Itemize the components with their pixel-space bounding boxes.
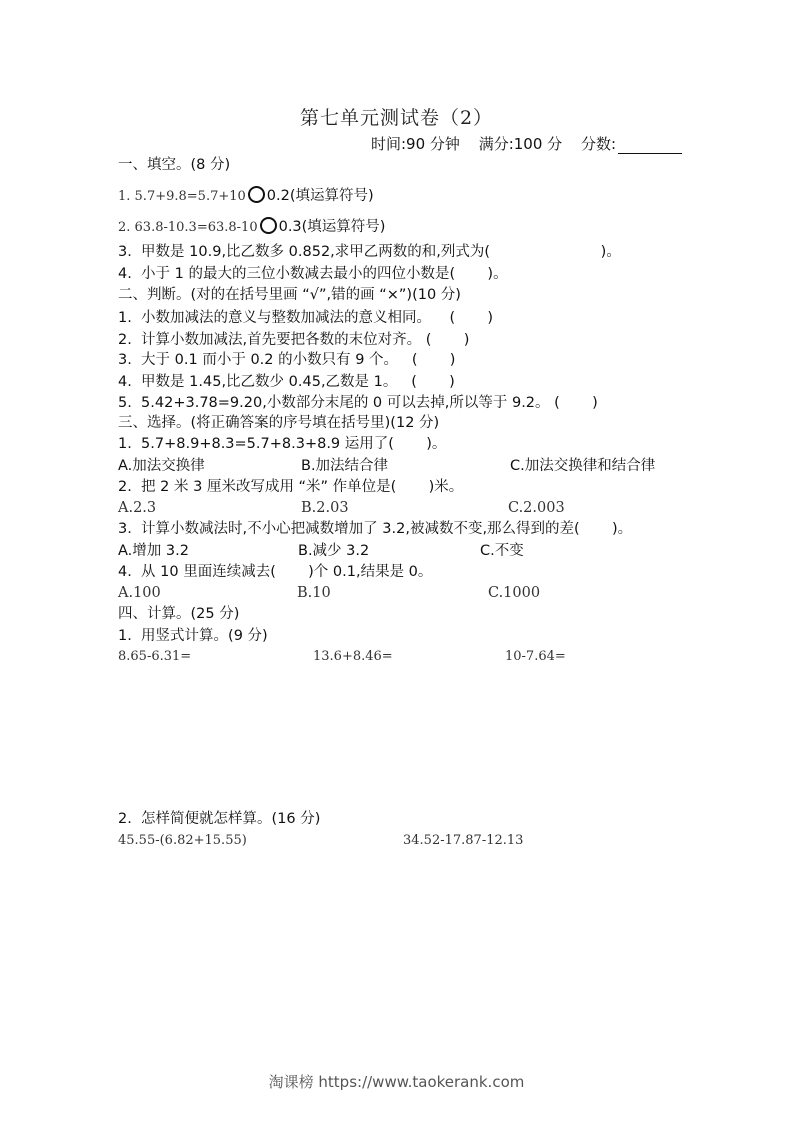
page-title: 第七单元测试卷（2） (0, 103, 793, 130)
choice-2-option-a[interactable]: A.2.3 (118, 498, 156, 518)
fill-question-2: 2. 63.8-10.3=63.8-100.3(填运算符号) (118, 217, 385, 238)
choice-1-option-b[interactable]: B.加法结合律 (301, 456, 388, 476)
choice-question-2: 2. 把 2 米 3 厘米改写成用 “米” 作单位是( )米。 (118, 477, 463, 497)
judge-item-4: 4. 甲数是 1.45,比乙数少 0.45,乙数是 1。 ( ) (118, 372, 455, 392)
section-4-heading: 四、计算。(25 分) (118, 604, 239, 624)
calc-part-1-heading: 1. 用竖式计算。(9 分) (118, 626, 268, 646)
judge-item-3: 3. 大于 0.1 而小于 0.2 的小数只有 9 个。 ( ) (118, 350, 455, 370)
fill-question-4: 4. 小于 1 的最大的三位小数减去最小的四位小数是( )。 (118, 264, 508, 284)
operator-circle-blank[interactable] (260, 217, 277, 234)
simplify-calc-2: 34.52-17.87-12.13 (403, 831, 523, 851)
choice-1-option-c[interactable]: C.加法交换律和结合律 (510, 456, 655, 476)
choice-4-option-b[interactable]: B.10 (297, 583, 331, 603)
choice-2-option-c[interactable]: C.2.003 (508, 498, 565, 518)
choice-question-3: 3. 计算小数减法时,不小心把减数增加了 3.2,被减数不变,那么得到的差( )… (118, 519, 632, 539)
fill-question-1: 1. 5.7+9.8=5.7+100.2(填运算符号) (118, 186, 374, 207)
choice-4-option-a[interactable]: A.100 (118, 583, 161, 603)
choice-question-4: 4. 从 10 里面连续减去( )个 0.1,结果是 0。 (118, 562, 432, 582)
watermark-footer: 淘课榜 https://www.taokerank.com (0, 1071, 793, 1092)
calc-part-2-heading: 2. 怎样简便就怎样算。(16 分) (118, 809, 320, 829)
choice-3-option-b[interactable]: B.减少 3.2 (298, 541, 369, 561)
q2-expression: 2. 63.8-10.3=63.8-10 (118, 220, 258, 235)
choice-question-1: 1. 5.7+8.9+8.3=5.7+8.3+8.9 运用了( )。 (118, 434, 446, 454)
vertical-calc-3: 10-7.64= (505, 647, 566, 667)
choice-3-option-c[interactable]: C.不变 (480, 541, 524, 561)
score-blank[interactable] (618, 139, 682, 154)
judge-item-1: 1. 小数加减法的意义与整数加减法的意义相同。 ( ) (118, 308, 493, 328)
section-2-heading: 二、判断。(对的在括号里画 “√”,错的画 “×”)(10 分) (118, 285, 461, 305)
score-label: 分数: (581, 135, 696, 153)
choice-3-option-a[interactable]: A.增加 3.2 (118, 541, 189, 561)
full-score: 满分:100 分 (479, 135, 562, 153)
vertical-calc-1: 8.65-6.31= (118, 647, 191, 667)
q1-suffix: 0.2(填运算符号) (267, 188, 374, 204)
time-limit: 时间:90 分钟 (371, 135, 460, 153)
judge-item-5: 5. 5.42+3.78=9.20,小数部分末尾的 0 可以去掉,所以等于 9.… (118, 393, 598, 413)
simplify-calc-1: 45.55-(6.82+15.55) (118, 831, 247, 851)
section-1-heading: 一、填空。(8 分) (118, 155, 230, 175)
choice-2-option-b[interactable]: B.2.03 (301, 498, 349, 518)
q2-suffix: 0.3(填运算符号) (279, 219, 386, 235)
section-3-heading: 三、选择。(将正确答案的序号填在括号里)(12 分) (118, 413, 439, 433)
choice-1-option-a[interactable]: A.加法交换律 (118, 456, 205, 476)
choice-4-option-c[interactable]: C.1000 (488, 583, 540, 603)
q1-expression: 1. 5.7+9.8=5.7+10 (118, 189, 246, 204)
operator-circle-blank[interactable] (248, 186, 265, 203)
judge-item-2: 2. 计算小数加减法,首先要把各数的末位对齐。 ( ) (118, 330, 469, 350)
score-label-text: 分数: (581, 135, 616, 153)
vertical-calc-2: 13.6+8.46= (313, 647, 393, 667)
fill-question-3: 3. 甲数是 10.9,比乙数多 0.852,求甲乙两数的和,列式为( )。 (118, 242, 621, 262)
exam-meta: 时间:90 分钟 满分:100 分 分数: (371, 133, 696, 154)
